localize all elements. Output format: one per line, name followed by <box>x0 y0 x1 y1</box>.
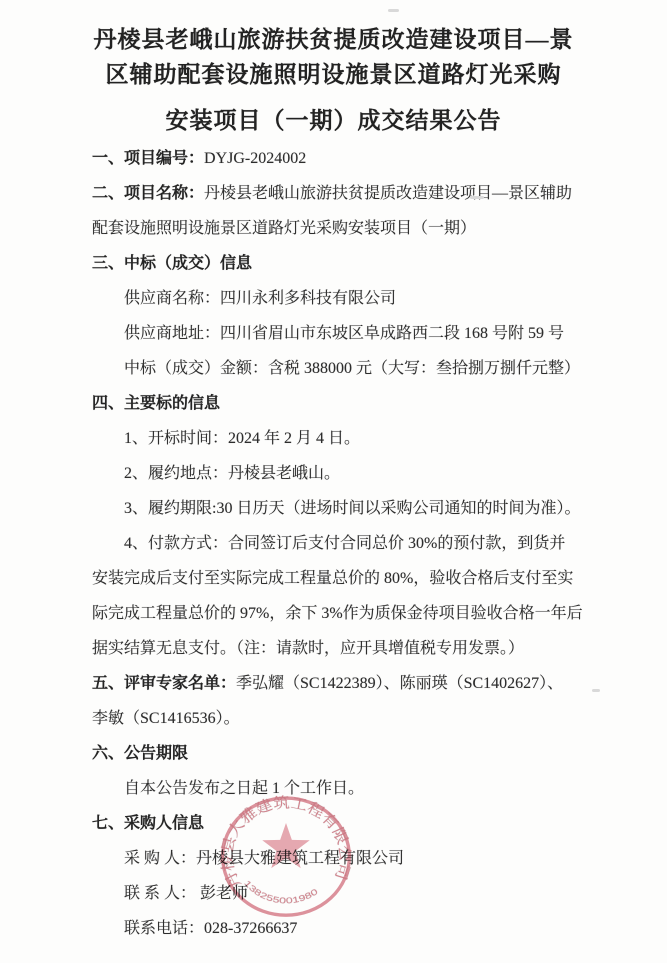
experts-line-2: 李敏（SC1416536）。 <box>92 701 581 736</box>
phone-label: 联系电话： <box>124 920 204 937</box>
supplier-name-line: 供应商名称：四川永利多科技有限公司 <box>92 281 581 316</box>
experts-names-part2: 李敏（SC1416536）。 <box>92 710 240 727</box>
scan-artifact <box>388 9 399 12</box>
payment-line-3: 际完成工程量总价的 97%，余下 3%作为质保金待项目验收合格一年后 <box>92 596 581 631</box>
experts-names-part1: 季弘耀（SC1422389）、陈丽瑛（SC1402627）、 <box>236 675 563 692</box>
experts-label: 五、评审专家名单： <box>92 675 236 692</box>
svg-text:138255001980: 138255001980 <box>242 879 320 906</box>
scan-artifact <box>470 196 484 199</box>
project-number-line: 一、项目编号：DYJG-2024002 <box>92 141 581 176</box>
payment-line-1: 4、付款方式：合同签订后支付合同总价 30%的预付款，到货并 <box>92 526 581 561</box>
star-icon <box>262 823 309 868</box>
award-amount-label: 中标（成交）金额： <box>124 360 268 377</box>
supplier-name-value: 四川永利多科技有限公司 <box>220 290 396 307</box>
project-name-label: 二、项目名称： <box>92 185 204 202</box>
project-name-line-2: 配套设施照明设施景区道路灯光采购安装项目（一期） <box>92 211 581 246</box>
subject-info-heading: 四、主要标的信息 <box>92 386 581 421</box>
supplier-address-line: 供应商地址：四川省眉山市东坡区阜成路西二段 168 号附 59 号 <box>92 316 581 351</box>
open-time-line: 1、开标时间：2024 年 2 月 4 日。 <box>92 421 581 456</box>
seal-number: 138255001980 <box>242 879 320 906</box>
supplier-address-value: 四川省眉山市东坡区阜成路西二段 168 号附 59 号 <box>220 325 564 342</box>
project-number-value: DYJG-2024002 <box>204 150 306 167</box>
project-name-line-1: 二、项目名称：丹棱县老峨山旅游扶贫提质改造建设项目—景区辅助 <box>92 176 581 211</box>
purchaser-label: 采 购 人： <box>124 850 196 867</box>
title-line-1: 丹棱县老峨山旅游扶贫提质改造建设项目—景 <box>0 22 667 57</box>
document-title: 丹棱县老峨山旅游扶贫提质改造建设项目—景 区辅助配套设施照明设施景区道路灯光采购… <box>0 0 667 138</box>
scan-artifact <box>592 689 600 692</box>
supplier-name-label: 供应商名称： <box>124 290 220 307</box>
experts-line-1: 五、评审专家名单：季弘耀（SC1422389）、陈丽瑛（SC1402627）、 <box>92 666 581 701</box>
title-line-2: 区辅助配套设施照明设施景区道路灯光采购 <box>0 57 667 92</box>
project-number-label: 一、项目编号： <box>92 150 204 167</box>
title-line-3: 安装项目（一期）成交结果公告 <box>0 103 667 138</box>
perform-period-line: 3、履约期限:30 日历天（进场时间以采购公司通知的时间为准）。 <box>92 491 581 526</box>
supplier-address-label: 供应商地址： <box>124 325 220 342</box>
notice-period-heading: 六、公告期限 <box>92 736 581 771</box>
document-page: 丹棱县老峨山旅游扶贫提质改造建设项目—景 区辅助配套设施照明设施景区道路灯光采购… <box>0 0 667 963</box>
payment-line-4: 据实结算无息支付。（注：请款时，应开具增值税专用发票。） <box>92 631 581 666</box>
award-amount-line: 中标（成交）金额：含税 388000 元（大写：叁拾捌万捌仟元整） <box>92 351 581 386</box>
award-info-heading: 三、中标（成交）信息 <box>92 246 581 281</box>
company-seal: 丹棱县大雅建筑工程有限公司 138255001980 <box>214 793 358 926</box>
payment-line-2: 安装完成后支付至实际完成工程量总价的 80%，验收合格后支付至实 <box>92 561 581 596</box>
project-name-value-part1: 丹棱县老峨山旅游扶贫提质改造建设项目—景区辅助 <box>204 185 572 202</box>
project-name-value-part2: 配套设施照明设施景区道路灯光采购安装项目（一期） <box>92 220 476 237</box>
perform-place-line: 2、履约地点：丹棱县老峨山。 <box>92 456 581 491</box>
contact-label: 联 系 人： <box>124 885 196 902</box>
award-amount-value: 含税 388000 元（大写：叁拾捌万捌仟元整） <box>268 360 580 377</box>
